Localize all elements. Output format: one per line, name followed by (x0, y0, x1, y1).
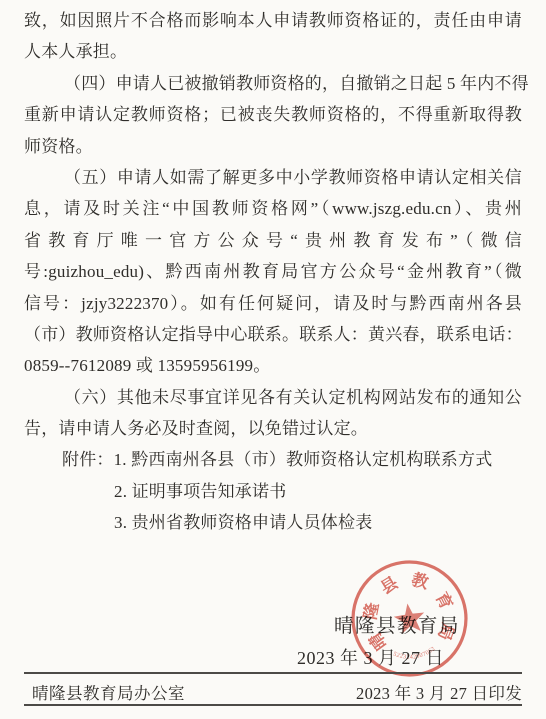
text-line: 致，如因照片不合格而影响本人申请教师资格证的，责任由申请 (24, 5, 522, 36)
seal-agency-char: 县 (377, 573, 401, 598)
text-line: 人本人承担。 (24, 36, 522, 67)
footer: 晴隆县教育局办公室 2023 年 3 月 27 日印发 (24, 679, 522, 705)
text-line: 省教育厅唯一官方公众号“贵州教育发布”（微信 (24, 225, 522, 256)
seal-agency-char: 教 (409, 569, 431, 593)
seal-agency-char: 隆 (360, 600, 383, 621)
seal-agency-char: 晴 (365, 629, 391, 655)
text-line: 告，请申请人务必及时查阅，以免错过认定。 (24, 413, 522, 444)
footer-print-date: 2023 年 3 月 27 日印发 (356, 680, 522, 704)
official-seal: 晴隆县教育局 5223242007062 (341, 550, 478, 687)
text-line: 信号：jzjy3222370）。如有任何疑问，请及时与黔西南州各县 (24, 288, 522, 319)
seal-star (392, 601, 426, 634)
footer-divider-top (24, 672, 522, 674)
text-line: 息，请及时关注“中国教师资格网”（www.jszg.edu.cn）、贵州 (24, 193, 522, 224)
footer-divider-bottom (24, 704, 522, 706)
seal-agency-char: 育 (432, 589, 458, 613)
text-line: 2. 证明事项告知承诺书 (24, 476, 522, 507)
text-line: 重新申请认定教师资格；已被丧失教师资格的，不得重新取得教 (24, 99, 522, 130)
seal-agency-char: 局 (434, 621, 458, 643)
text-line: （市）教师资格认定指导中心联系。联系人：黄兴春，联系电话： (24, 319, 522, 350)
document-body: 致，如因照片不合格而影响本人申请教师资格证的，责任由申请人本人承担。（四）申请人… (24, 5, 522, 539)
footer-office: 晴隆县教育局办公室 (24, 680, 185, 704)
seal-code: 5223242007062 (391, 646, 437, 664)
text-line: 3. 贵州省教师资格申请人员体检表 (24, 507, 522, 538)
text-line: 附件：1. 黔西南州各县（市）教师资格认定机构联系方式 (24, 444, 522, 475)
text-line: 0859--7612089 或 13595956199。 (24, 350, 522, 381)
text-line: （四）申请人已被撤销教师资格的，自撤销之日起 5 年内不得 (24, 68, 522, 99)
text-line: 号:guizhou_edu)、黔西南州教育局官方公众号“金州教育”（微 (24, 256, 522, 287)
text-line: 师资格。 (24, 131, 522, 162)
text-line: （六）其他未尽事宜详见各有关认定机构网站发布的通知公 (24, 382, 522, 413)
text-line: （五）申请人如需了解更多中小学教师资格申请认定相关信 (24, 162, 522, 193)
scanned-document-page: 致，如因照片不合格而影响本人申请教师资格证的，责任由申请人本人承担。（四）申请人… (0, 0, 546, 719)
